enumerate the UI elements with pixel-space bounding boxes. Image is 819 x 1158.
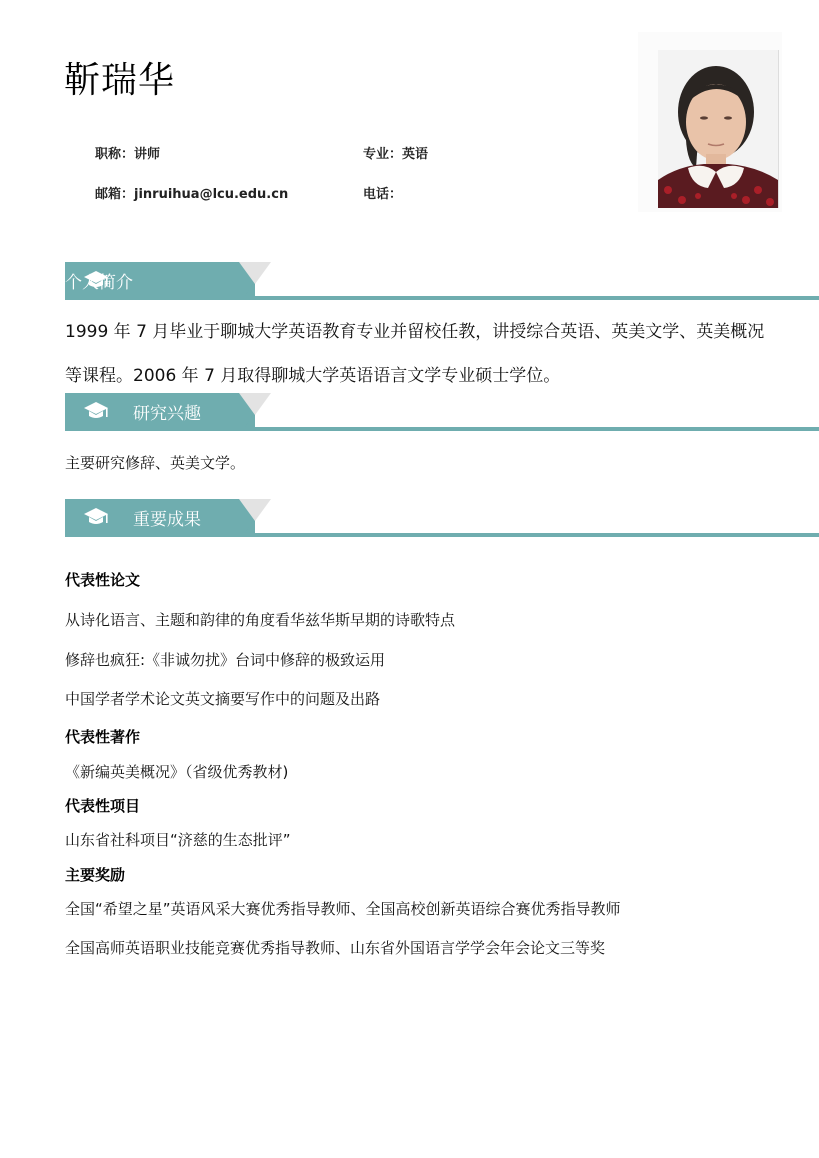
awards-heading: 主要奖励 bbox=[65, 864, 125, 885]
banner-underline bbox=[65, 427, 819, 431]
research-text: 主要研究修辞、英美文学。 bbox=[65, 452, 245, 473]
award-item: 全国高师英语职业技能竞赛优秀指导教师、山东省外国语言学学会年会论文三等奖 bbox=[65, 937, 605, 958]
section-title: 重要成果 bbox=[133, 505, 201, 530]
book-item: 《新编英美概况》（省级优秀教材) bbox=[65, 761, 288, 782]
section-title: 研究兴趣 bbox=[133, 399, 201, 424]
major: 专业：英语 bbox=[363, 143, 428, 162]
papers-heading: 代表性论文 bbox=[65, 569, 140, 590]
banner-triangle bbox=[239, 499, 271, 521]
projects-heading: 代表性项目 bbox=[65, 795, 140, 816]
banner-underline bbox=[65, 296, 819, 300]
banner-underline bbox=[65, 533, 819, 537]
award-item: 全国“希望之星”英语风采大赛优秀指导教师、全国高校创新英语综合赛优秀指导教师 bbox=[65, 898, 621, 919]
graduation-cap-icon bbox=[83, 506, 109, 526]
project-item: 山东省社科项目“济慈的生态批评” bbox=[65, 829, 291, 850]
phone: 电话： bbox=[363, 183, 402, 202]
paper-item: 修辞也疯狂:《非诚勿扰》台词中修辞的极致运用 bbox=[65, 649, 385, 670]
section-header-achievements: 重要成果 bbox=[65, 499, 819, 537]
banner-triangle bbox=[239, 393, 271, 415]
section-header-intro: 个人简介 bbox=[65, 262, 819, 300]
books-heading: 代表性著作 bbox=[65, 726, 140, 747]
banner-triangle bbox=[239, 262, 271, 284]
section-header-research: 研究兴趣 bbox=[65, 393, 819, 431]
graduation-cap-icon bbox=[83, 269, 109, 289]
graduation-cap-icon bbox=[83, 400, 109, 420]
paper-item: 中国学者学术论文英文摘要写作中的问题及出路 bbox=[65, 688, 380, 709]
person-name: 靳瑞华 bbox=[64, 52, 175, 103]
intro-line-2: 等课程。2006 年 7 月取得聊城大学英语语言文学专业硕士学位。 bbox=[65, 361, 560, 386]
intro-line-1: 1999 年 7 月毕业于聊城大学英语教育专业并留校任教，讲授综合英语、英美文学… bbox=[65, 317, 764, 342]
paper-item: 从诗化语言、主题和韵律的角度看华兹华斯早期的诗歌特点 bbox=[65, 609, 455, 630]
job-title: 职称：讲师 bbox=[95, 143, 160, 162]
profile-photo bbox=[658, 50, 779, 208]
email: 邮箱：jinruihua@lcu.edu.cn bbox=[95, 183, 288, 202]
